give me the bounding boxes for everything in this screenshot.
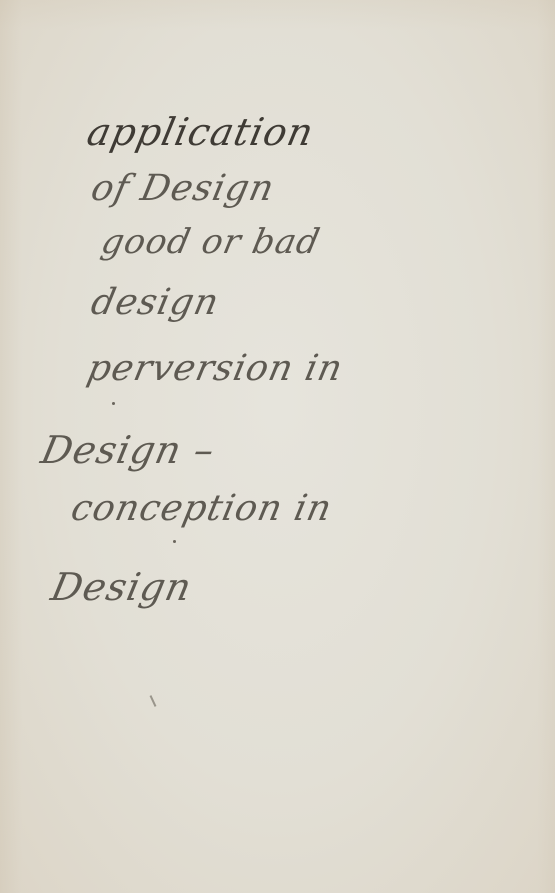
handwritten-line-5: perversion in [84, 348, 347, 389]
handwritten-line-4: design [88, 282, 223, 323]
handwritten-line-8: Design [47, 565, 196, 609]
handwritten-line-3: good or bad [98, 222, 324, 262]
handwritten-line-1: application [83, 110, 318, 154]
handwritten-line-2: of Design [88, 168, 279, 209]
handwritten-line-6: Design – [37, 428, 219, 472]
handwritten-line-7: conception in [68, 488, 336, 529]
manuscript-page: application of Design good or bad design… [0, 0, 555, 893]
ink-dot [173, 540, 176, 543]
ink-dot [112, 402, 115, 405]
stray-pen-mark [150, 695, 157, 707]
